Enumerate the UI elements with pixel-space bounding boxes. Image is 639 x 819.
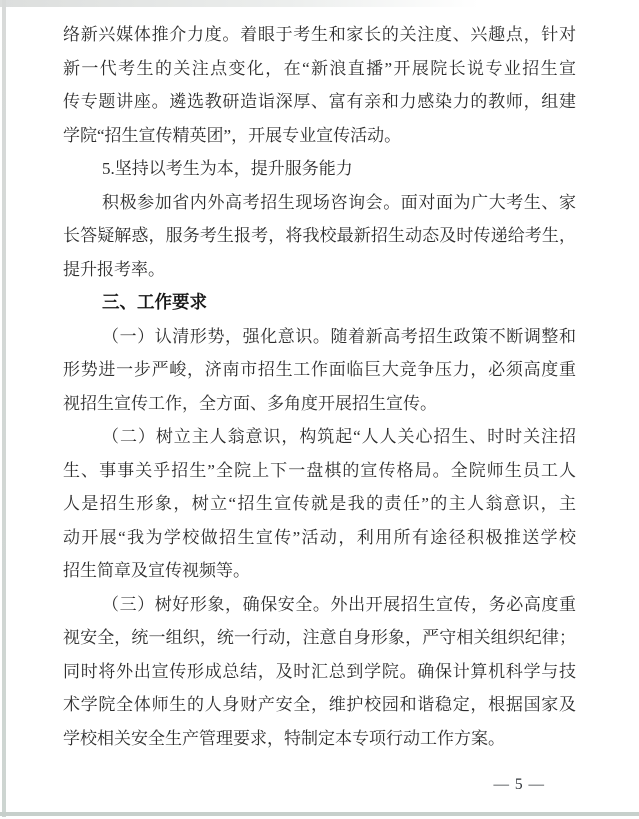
text-line: 学院“招生宣传精英团”，开展专业宣传活动。 — [63, 119, 576, 153]
text-line: 三、工作要求 — [63, 286, 576, 320]
text-line: （二）树立主人翁意识，构筑起“人人关心招生、时时关注招 — [63, 420, 576, 454]
text-line: 5.坚持以考生为本，提升服务能力 — [63, 152, 576, 186]
text-line: 传专题讲座。遴选教研造诣深厚、富有亲和力感染力的教师，组建 — [63, 85, 576, 119]
text-line: 生、事事关乎招生”全院上下一盘棋的宣传格局。全院师生员工人 — [63, 454, 576, 488]
text-line: 提升报考率。 — [63, 253, 576, 287]
paragraph: 积极参加省内外高考招生现场咨询会。面对面为广大考生、家长答疑解惑，服务考生报考，… — [63, 186, 576, 287]
scan-edge-bottom — [0, 812, 639, 816]
text-line: 同时将外出宣传形成总结，及时汇总到学院。确保计算机科学与技 — [63, 655, 576, 689]
text-line: 招生简章及宣传视频等。 — [63, 554, 576, 588]
document-page: 络新兴媒体推介力度。着眼于考生和家长的关注度、兴趣点，针对新一代考生的关注点变化… — [0, 0, 639, 819]
paragraph: 络新兴媒体推介力度。着眼于考生和家长的关注度、兴趣点，针对新一代考生的关注点变化… — [63, 18, 576, 152]
text-line: 长答疑解惑，服务考生报考，将我校最新招生动态及时传递给考生， — [63, 219, 576, 253]
document-body: 络新兴媒体推介力度。着眼于考生和家长的关注度、兴趣点，针对新一代考生的关注点变化… — [63, 18, 576, 755]
text-line: 形势进一步严峻，济南市招生工作面临巨大竞争压力，必须高度重 — [63, 353, 576, 387]
text-line: 人是招生形象，树立“招生宣传就是我的责任”的主人翁意识，主 — [63, 487, 576, 521]
page-number: — 5 — — [494, 771, 546, 799]
text-line: 积极参加省内外高考招生现场咨询会。面对面为广大考生、家 — [63, 186, 576, 220]
text-line: 络新兴媒体推介力度。着眼于考生和家长的关注度、兴趣点，针对 — [63, 18, 576, 52]
text-line: 视招生宣传工作，全方面、多角度开展招生宣传。 — [63, 387, 576, 421]
scan-edge-left — [2, 0, 6, 817]
text-line: 学校相关安全生产管理要求，特制定本专项行动工作方案。 — [63, 722, 576, 756]
scan-edge-top — [0, 0, 639, 7]
text-line: 动开展“我为学校做招生宣传”活动，利用所有途径积极推送学校 — [63, 521, 576, 555]
paragraph: （一）认清形势，强化意识。随着新高考招生政策不断调整和形势进一步严峻，济南市招生… — [63, 320, 576, 421]
text-line: 视安全，统一组织，统一行动，注意自身形象，严守相关组织纪律； — [63, 621, 576, 655]
paragraph: （二）树立主人翁意识，构筑起“人人关心招生、时时关注招生、事事关乎招生”全院上下… — [63, 420, 576, 588]
paragraph: 5.坚持以考生为本，提升服务能力 — [63, 152, 576, 186]
text-line: （三）树好形象，确保安全。外出开展招生宣传，务必高度重 — [63, 588, 576, 622]
paragraph: （三）树好形象，确保安全。外出开展招生宣传，务必高度重视安全，统一组织，统一行动… — [63, 588, 576, 756]
section-heading: 三、工作要求 — [63, 286, 576, 320]
text-line: （一）认清形势，强化意识。随着新高考招生政策不断调整和 — [63, 320, 576, 354]
text-line: 新一代考生的关注点变化，在“新浪直播”开展院长说专业招生宣 — [63, 52, 576, 86]
text-line: 术学院全体师生的人身财产安全，维护校园和谐稳定，根据国家及 — [63, 688, 576, 722]
